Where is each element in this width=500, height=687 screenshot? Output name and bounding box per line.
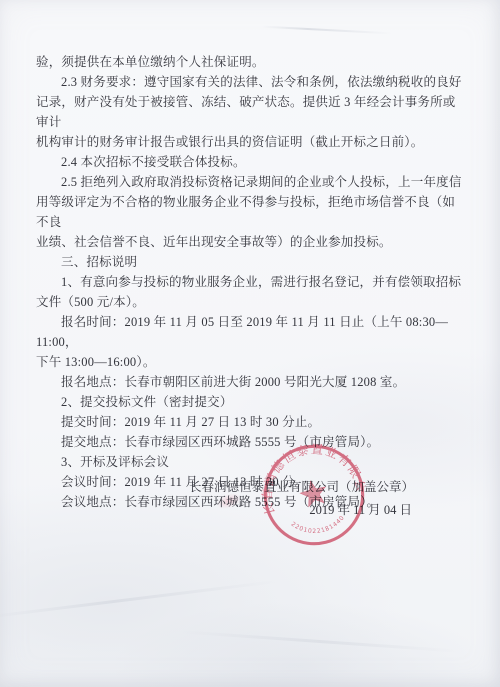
paper-crease (180, 630, 460, 653)
section-heading: 三、招标说明 (36, 252, 464, 272)
paper-crease (262, 26, 392, 35)
signature-date: 2019 年 11 月 04 日 (94, 499, 414, 522)
paragraph: 3、开标及评标会议 (36, 452, 464, 472)
paragraph: 提交时间：2019 年 11 月 27 日 13 时 30 分止。 (36, 412, 464, 432)
paragraph: 提交地点：长春市绿园区西环城路 5555 号（市房管局）。 (36, 432, 464, 452)
signature-company: 长春润德恒泰置业有限公司（加盖公章） (94, 476, 414, 499)
paragraph: 2.5 拒绝列入政府取消投标资格记录期间的企业或个人投标，上一年度信 用等级评定… (36, 172, 464, 252)
paragraph: 2.4 本次招标不接受联合体投标。 (36, 152, 464, 172)
paragraph: 1、有意向参与投标的物业服务企业，需进行报名登记，并有偿领取招标 文件（500 … (36, 272, 464, 312)
paragraph: 报名地点：长春市朝阳区前进大街 2000 号阳光大厦 1208 室。 (36, 372, 464, 392)
paper-crease (0, 580, 279, 620)
paragraph: 验，须提供在本单位缴纳个人社保证明。 (36, 52, 464, 72)
scanned-document-page: 验，须提供在本单位缴纳个人社保证明。 2.3 财务要求：遵守国家有关的法律、法令… (0, 0, 500, 687)
paragraph: 2、提交投标文件（密封提交） (36, 392, 464, 412)
paragraph: 2.3 财务要求：遵守国家有关的法律、法令和条例，依法缴纳税收的良好 记录，财产… (36, 72, 464, 152)
signature-block: 长春润德恒泰置业有限公司（加盖公章） 2019 年 11 月 04 日 (94, 476, 414, 522)
paragraph: 报名时间：2019 年 11 月 05 日至 2019 年 11 月 11 日止… (36, 312, 464, 372)
document-body: 验，须提供在本单位缴纳个人社保证明。 2.3 财务要求：遵守国家有关的法律、法令… (36, 52, 464, 512)
